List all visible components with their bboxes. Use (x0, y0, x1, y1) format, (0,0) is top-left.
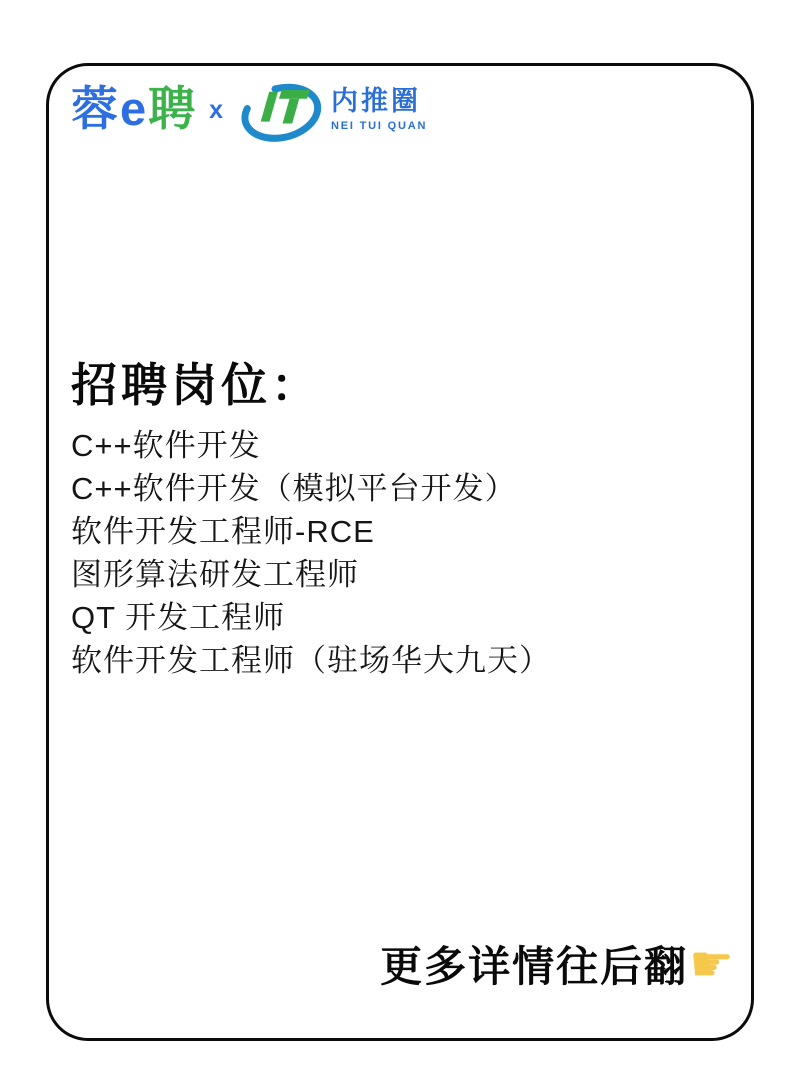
position-item: C++软件开发（模拟平台开发） (71, 467, 551, 510)
collab-x-separator: x (209, 95, 223, 125)
rong-e-pin-logo: 蓉e聘 (71, 79, 197, 139)
neituiquan-name: 内推圈 (331, 86, 427, 116)
neituiquan-wordmark: 内推圈 NEI TUI QUAN (331, 86, 427, 132)
poster-card: 蓉e聘 x 内推圈 NEI TUI QUAN 招聘岗位： C++软件开发 C++… (46, 63, 754, 1041)
neituiquan-subtitle: NEI TUI QUAN (331, 120, 427, 132)
pointing-right-finger-icon: ☛ (689, 939, 736, 989)
footer-more-details: 更多详情往后翻 ☛ (380, 934, 736, 994)
e-char: e (120, 82, 148, 135)
neituiquan-swoosh-icon (237, 79, 325, 145)
brand-header: 蓉e聘 x 内推圈 NEI TUI QUAN (71, 79, 427, 145)
position-item: QT 开发工程师 (71, 596, 551, 639)
rong-char: 蓉 (71, 82, 120, 135)
position-item: 图形算法研发工程师 (71, 553, 551, 596)
poster-page: 蓉e聘 x 内推圈 NEI TUI QUAN 招聘岗位： C++软件开发 C++… (0, 0, 800, 1069)
position-item: 软件开发工程师（驻场华大九天） (71, 639, 551, 682)
position-item: C++软件开发 (71, 424, 551, 467)
pin-char: 聘 (148, 82, 197, 135)
position-item: 软件开发工程师-RCE (71, 510, 551, 553)
positions-list: C++软件开发 C++软件开发（模拟平台开发） 软件开发工程师-RCE 图形算法… (71, 424, 551, 682)
more-details-text: 更多详情往后翻 (380, 934, 688, 994)
positions-heading: 招聘岗位： (71, 349, 321, 415)
